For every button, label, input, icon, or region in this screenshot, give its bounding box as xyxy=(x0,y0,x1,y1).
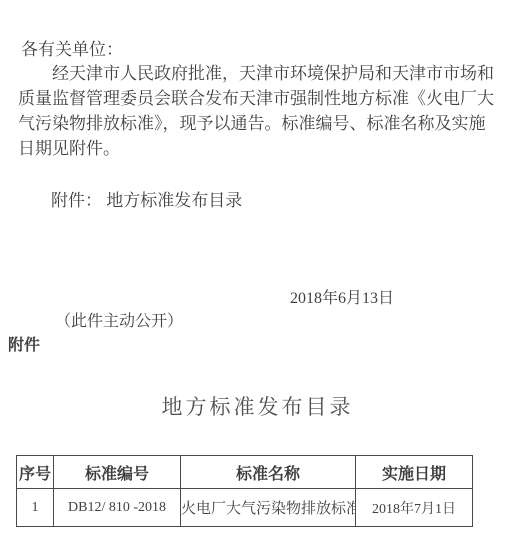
cell-implementation-date: 2018年7月1日 xyxy=(356,489,473,527)
table-row: 1 DB12/ 810 -2018 火电厂大气污染物排放标准 2018年7月1日 xyxy=(17,489,473,527)
header-implementation-date: 实施日期 xyxy=(356,456,473,489)
cell-sequence-number: 1 xyxy=(17,489,54,527)
attachment-note: 附件： 地方标准发布目录 xyxy=(51,186,242,211)
cell-standard-name: 火电厂大气污染物排放标准 xyxy=(181,489,356,527)
catalog-title: 地方标准发布目录 xyxy=(0,391,515,421)
body-paragraph-line: 经天津市人民政府批准，天津市环境保护局和天津市市场和 xyxy=(18,61,494,86)
attachment-section-label: 附件 xyxy=(8,332,40,355)
header-sequence-number: 序号 xyxy=(17,456,54,489)
salutation: 各有关单位： xyxy=(21,35,123,60)
disclosure-note: （此件主动公开） xyxy=(55,308,183,331)
header-standard-name: 标准名称 xyxy=(181,456,356,489)
body-paragraph-line: 质量监督管理委员会联合发布天津市强制性地方标准《火电厂大 xyxy=(18,86,494,111)
standards-catalog-table: 序号 标准编号 标准名称 实施日期 1 DB12/ 810 -2018 火电厂大… xyxy=(16,455,473,527)
table-header-row: 序号 标准编号 标准名称 实施日期 xyxy=(17,456,473,489)
header-standard-code: 标准编号 xyxy=(54,456,181,489)
document-date: 2018年6月13日 xyxy=(290,285,394,308)
body-paragraph-line: 气污染物排放标准》，现予以通告。标准编号、标准名称及实施 xyxy=(18,111,494,136)
body-paragraph: 经天津市人民政府批准，天津市环境保护局和天津市市场和 质量监督管理委员会联合发布… xyxy=(18,61,494,161)
document-page: 各有关单位： 经天津市人民政府批准，天津市环境保护局和天津市市场和 质量监督管理… xyxy=(0,0,515,545)
body-paragraph-line: 日期见附件。 xyxy=(18,136,494,161)
cell-standard-code: DB12/ 810 -2018 xyxy=(54,489,181,527)
